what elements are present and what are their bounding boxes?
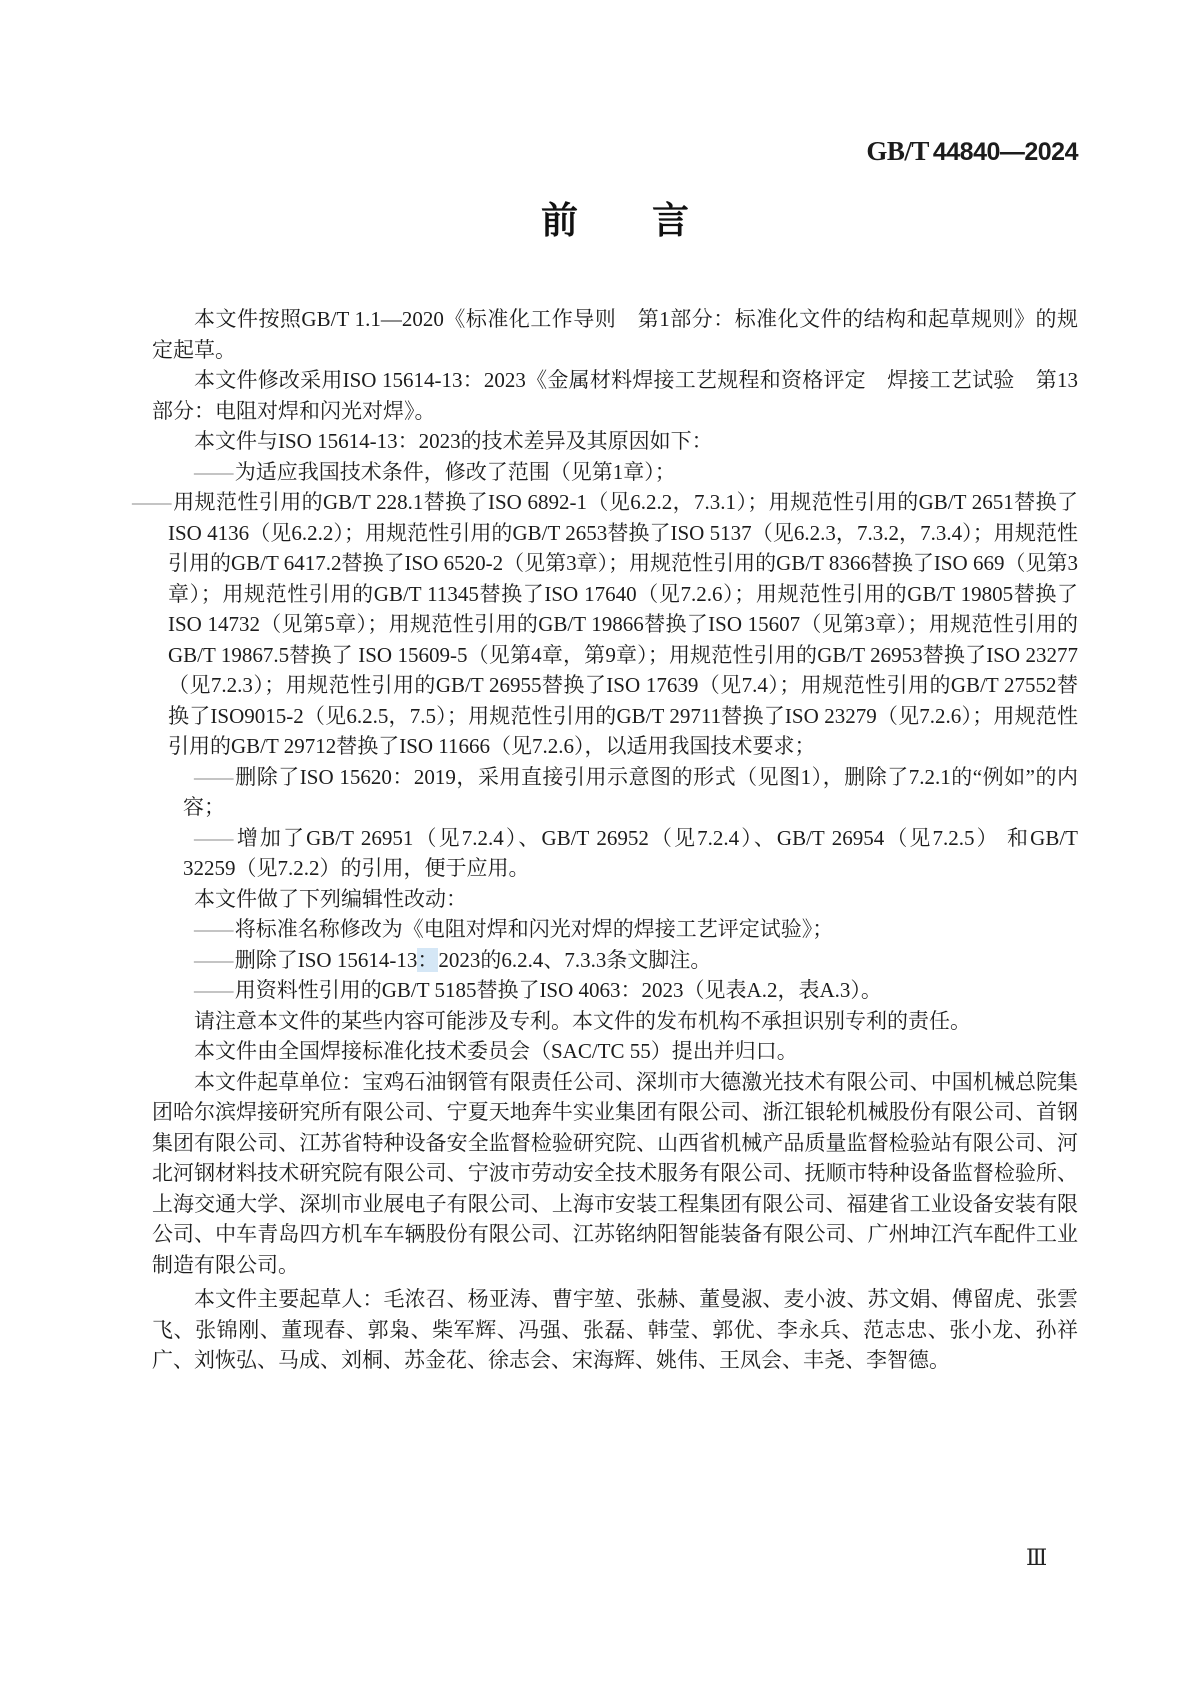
dash-item: ——为适应我国技术条件，修改了范围（见第1章）； bbox=[152, 457, 1078, 488]
text-run: 将标准名称修改为《电阻对焊和闪光对焊的焊接工艺评定试验》； bbox=[235, 917, 834, 941]
paragraph: 请注意本文件的某些内容可能涉及专利。本文件的发布机构不承担识别专利的责任。 bbox=[152, 1006, 1078, 1037]
dash-marker: —— bbox=[194, 765, 235, 789]
paragraph: 本文件主要起草人：毛浓召、杨亚涛、曹宇堃、张赫、董曼淑、麦小波、苏文娟、傅留虎、… bbox=[152, 1284, 1078, 1376]
dash-item: ——将标准名称修改为《电阻对焊和闪光对焊的焊接工艺评定试验》； bbox=[152, 914, 1078, 945]
text-run: 用资料性引用的GB/T 5185替换了ISO 4063：2023（见表A.2，表… bbox=[235, 978, 882, 1002]
text-run: 请注意本文件的某些内容可能涉及专利。本文件的发布机构不承担识别专利的责任。 bbox=[194, 1009, 971, 1033]
text-run: 用规范性引用的GB/T 228.1替换了ISO 6892-1（见6.2.2，7.… bbox=[168, 490, 1078, 758]
page-number: Ⅲ bbox=[1026, 1545, 1047, 1571]
paragraph: 本文件起草单位：宝鸡石油钢管有限责任公司、深圳市大德激光技术有限公司、中国机械总… bbox=[152, 1067, 1078, 1281]
highlighted-text: ： bbox=[417, 948, 438, 972]
text-run: 本文件修改采用ISO 15614-13：2023《金属材料焊接工艺规程和资格评定… bbox=[152, 368, 1078, 423]
text-run: 本文件由全国焊接标准化技术委员会（SAC/TC 55）提出并归口。 bbox=[194, 1039, 798, 1063]
dash-item: ——用规范性引用的GB/T 228.1替换了ISO 6892-1（见6.2.2，… bbox=[152, 487, 1078, 762]
foreword-body: 本文件按照GB/T 1.1—2020《标准化工作导则 第1部分：标准化文件的结构… bbox=[152, 304, 1078, 1376]
standard-code: GB/T 44840—2024 bbox=[866, 136, 1078, 167]
text-run: 删除了ISO 15620：2019，采用直接引用示意图的形式（见图1），删除了7… bbox=[183, 765, 1078, 820]
text-run: 增加了GB/T 26951（见7.2.4）、GB/T 26952（见7.2.4）… bbox=[183, 826, 1078, 881]
dash-marker: —— bbox=[194, 978, 235, 1002]
document-page: GB/T 44840—2024 前 言 本文件按照GB/T 1.1—2020《标… bbox=[0, 0, 1191, 1684]
paragraph: 本文件做了下列编辑性改动： bbox=[152, 884, 1078, 915]
text-run: 为适应我国技术条件，修改了范围（见第1章）； bbox=[235, 460, 676, 484]
dash-marker: —— bbox=[194, 948, 235, 972]
text-run: 本文件与ISO 15614-13：2023的技术差异及其原因如下： bbox=[194, 429, 713, 453]
dash-marker: —— bbox=[132, 490, 173, 514]
dash-item: ——用资料性引用的GB/T 5185替换了ISO 4063：2023（见表A.2… bbox=[152, 975, 1078, 1006]
text-run: 2023的6.2.4、7.3.3条文脚注。 bbox=[438, 948, 711, 972]
dash-item: ——删除了ISO 15620：2019，采用直接引用示意图的形式（见图1），删除… bbox=[152, 762, 1078, 823]
standard-code-prefix: GB/T bbox=[866, 136, 929, 166]
text-run: 本文件起草单位：宝鸡石油钢管有限责任公司、深圳市大德激光技术有限公司、中国机械总… bbox=[152, 1070, 1078, 1277]
paragraph: 本文件由全国焊接标准化技术委员会（SAC/TC 55）提出并归口。 bbox=[152, 1036, 1078, 1067]
text-run: 本文件主要起草人：毛浓召、杨亚涛、曹宇堃、张赫、董曼淑、麦小波、苏文娟、傅留虎、… bbox=[152, 1287, 1078, 1372]
dash-item: ——增加了GB/T 26951（见7.2.4）、GB/T 26952（见7.2.… bbox=[152, 823, 1078, 884]
dash-item: ——删除了ISO 15614-13：2023的6.2.4、7.3.3条文脚注。 bbox=[152, 945, 1078, 976]
dash-marker: —— bbox=[194, 917, 235, 941]
text-run: 本文件按照GB/T 1.1—2020《标准化工作导则 第1部分：标准化文件的结构… bbox=[152, 307, 1078, 362]
dash-marker: —— bbox=[194, 826, 235, 850]
paragraph: 本文件修改采用ISO 15614-13：2023《金属材料焊接工艺规程和资格评定… bbox=[152, 365, 1078, 426]
paragraph: 本文件与ISO 15614-13：2023的技术差异及其原因如下： bbox=[152, 426, 1078, 457]
text-run: 删除了ISO 15614-13 bbox=[235, 948, 418, 972]
standard-code-number: 44840—2024 bbox=[933, 138, 1078, 166]
page-title: 前 言 bbox=[152, 190, 1078, 244]
paragraph: 本文件按照GB/T 1.1—2020《标准化工作导则 第1部分：标准化文件的结构… bbox=[152, 304, 1078, 365]
text-run: 本文件做了下列编辑性改动： bbox=[194, 887, 467, 911]
dash-marker: —— bbox=[194, 460, 235, 484]
